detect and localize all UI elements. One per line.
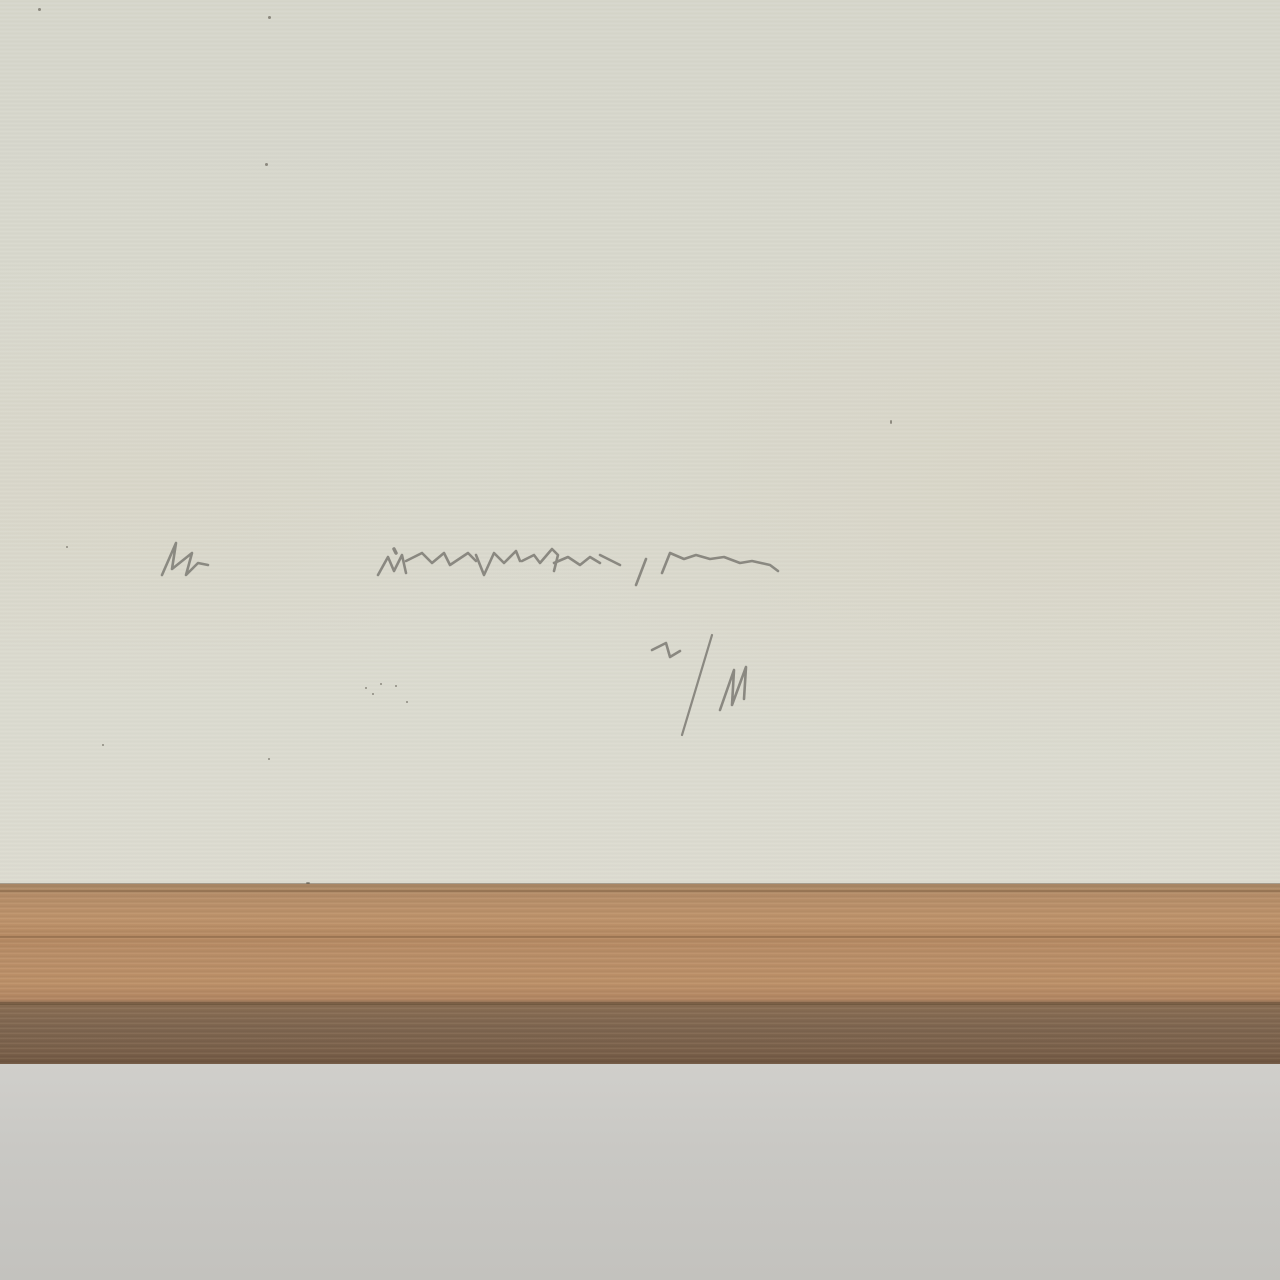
paper-speck	[66, 546, 68, 548]
background-wall	[0, 1064, 1280, 1280]
wooden-frame-edge	[0, 884, 1280, 1064]
photo-scene: A. Amvorsia 2/11	[0, 0, 1280, 1280]
frame-groove	[0, 1002, 1280, 1005]
frame-groove	[0, 936, 1280, 938]
signature-strokes	[150, 535, 1030, 755]
paper-speck	[38, 8, 41, 11]
paper-speck	[265, 163, 268, 166]
paper-speck	[102, 744, 104, 746]
paper-speck	[268, 758, 270, 760]
paper-speck	[268, 16, 271, 19]
frame-groove	[0, 890, 1280, 892]
paper-speck	[890, 420, 892, 424]
pencil-signature: A. Amvorsia 2/11	[150, 535, 1030, 755]
